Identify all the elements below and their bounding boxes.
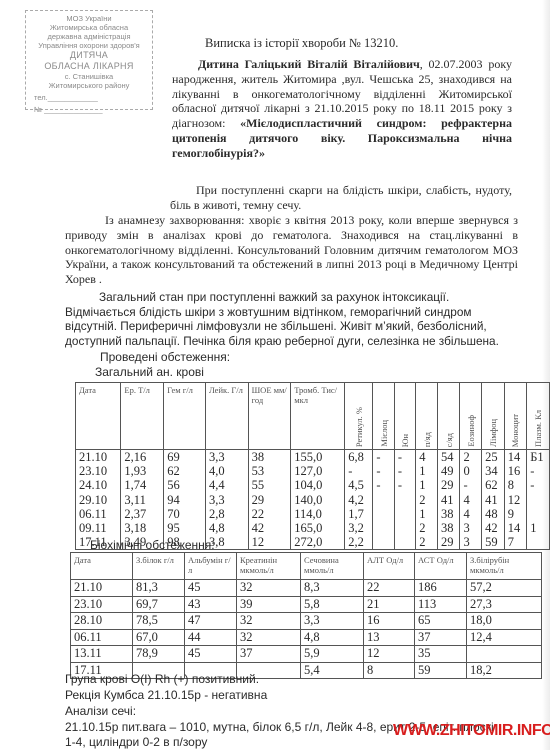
blood-group: Група крові O(I) Rh (+) позитивний. xyxy=(65,672,259,688)
table-cell: 2,37 xyxy=(121,507,164,521)
table-cell: 16 xyxy=(364,613,415,630)
table-row: 09.113,18954,842165,03,2238342141 xyxy=(76,521,550,535)
table-row: 29.103,11943,329140,04,224144112 xyxy=(76,493,550,507)
exams-label: Проведені обстеження: xyxy=(100,350,230,364)
table-row: 06.1167,044324,8133712,4 xyxy=(71,629,542,646)
table-cell: 34 xyxy=(482,464,505,478)
table-cell: 8 xyxy=(364,662,415,679)
table-cell: 56 xyxy=(164,478,206,492)
table-cell: 14 xyxy=(504,450,527,465)
table-cell: 65 xyxy=(415,613,467,630)
biochem-col-header: АСТ Од/л xyxy=(415,553,467,580)
biochem-col-header: З.білок г/л xyxy=(133,553,185,580)
table-cell: 1 xyxy=(527,521,550,535)
table-cell: 38 xyxy=(437,521,460,535)
table-cell: 55 xyxy=(248,478,291,492)
table-cell: 2,8 xyxy=(205,507,248,521)
table-cell: - xyxy=(373,464,394,478)
anamnesis-text: Із анамнезу захворювання: хворіє з квітн… xyxy=(65,213,518,286)
table-cell: 69 xyxy=(164,450,206,465)
table-cell: 1,7 xyxy=(345,507,373,521)
table-cell: 1 xyxy=(416,464,438,478)
table-cell: 67,0 xyxy=(133,629,185,646)
table-cell xyxy=(394,521,415,535)
blood-col-header: Лейк. Г/л xyxy=(205,383,248,450)
table-cell: 62 xyxy=(482,478,505,492)
table-cell: 140,0 xyxy=(291,493,345,507)
table-row: 21.1081,345328,32218657,2 xyxy=(71,580,542,597)
table-cell: 39 xyxy=(237,596,301,613)
table-cell: 4,4 xyxy=(205,478,248,492)
table-cell xyxy=(394,493,415,507)
table-cell: 21 xyxy=(364,596,415,613)
site-watermark: WWW.ZHITOMIR.INFO xyxy=(393,722,550,740)
table-cell: 53 xyxy=(248,464,291,478)
table-cell xyxy=(527,493,550,507)
table-cell: 47 xyxy=(185,613,237,630)
table-row: 28.1078,547323,3166518,0 xyxy=(71,613,542,630)
patient-intro: Дитина Галіцький Віталій Віталійович, 02… xyxy=(172,57,512,161)
table-cell: 7 xyxy=(504,535,527,550)
table-cell xyxy=(527,507,550,521)
table-cell: 3 xyxy=(460,535,482,550)
blood-col-header: Юн xyxy=(394,383,415,450)
table-cell: 2 xyxy=(460,450,482,465)
table-cell: 4,8 xyxy=(205,521,248,535)
table-cell: 8 xyxy=(504,478,527,492)
table-cell: - xyxy=(460,478,482,492)
table-cell: 06.11 xyxy=(71,629,133,646)
table-cell: 48 xyxy=(482,507,505,521)
table-cell: 24.10 xyxy=(76,478,121,492)
table-cell: 21.10 xyxy=(76,450,121,465)
biochem-col-header: Сечовина ммоль/л xyxy=(301,553,364,580)
table-row: 21.102,16693,338155,06,8--45422514Б1 xyxy=(76,450,550,465)
table-row: 24.101,74564,455104,04,5--129-628- xyxy=(76,478,550,492)
stamp-name: ДИТЯЧА xyxy=(26,50,152,61)
table-cell: 38 xyxy=(437,507,460,521)
table-cell: 12 xyxy=(364,646,415,663)
table-cell: 43 xyxy=(185,596,237,613)
stamp-line: МОЗ України xyxy=(26,14,152,23)
stamp-name: ОБЛАСНА ЛІКАРНЯ xyxy=(26,61,152,72)
table-cell: 42 xyxy=(482,521,505,535)
table-cell: 2,2 xyxy=(345,535,373,550)
patient-name: Дитина Галіцький Віталій Віталійович xyxy=(198,57,420,71)
table-cell: 12,4 xyxy=(467,629,542,646)
table-cell: 57,2 xyxy=(467,580,542,597)
stamp-num-line: № ______________ xyxy=(26,105,152,114)
blood-col-header: Плазм. Кл xyxy=(527,383,550,450)
table-cell: 70 xyxy=(164,507,206,521)
table-cell: 4 xyxy=(460,493,482,507)
stamp-location: Житомирського району xyxy=(26,81,152,90)
table-cell: 9 xyxy=(504,507,527,521)
blood-col-header: с/яд xyxy=(437,383,460,450)
blood-col-header: Тромб. Тис/мкл xyxy=(291,383,345,450)
biochem-col-header: АЛТ Од/л xyxy=(364,553,415,580)
table-cell: 81,3 xyxy=(133,580,185,597)
table-cell: 38 xyxy=(248,450,291,465)
blood-col-header: Ер. Т/л xyxy=(121,383,164,450)
condition-text: Загальний стан при поступленні важкий за… xyxy=(65,290,499,348)
table-row: 23.101,93624,053127,0---14903416- xyxy=(76,464,550,478)
table-cell: 1,93 xyxy=(121,464,164,478)
table-cell: 94 xyxy=(164,493,206,507)
table-cell: 3,3 xyxy=(301,613,364,630)
table-cell: 4,0 xyxy=(205,464,248,478)
blood-test-table: ДатаЕр. Т/лГем г/лЛейк. Г/лШОЕ мм/ годТр… xyxy=(75,382,550,550)
table-cell: 62 xyxy=(164,464,206,478)
table-cell: - xyxy=(373,450,394,465)
table-cell: 37 xyxy=(415,629,467,646)
table-row: 06.112,37702,822114,01,71384489 xyxy=(76,507,550,521)
table-cell: 09.11 xyxy=(76,521,121,535)
table-cell: 5,4 xyxy=(301,662,364,679)
table-cell: 3,18 xyxy=(121,521,164,535)
table-cell: 25 xyxy=(482,450,505,465)
table-cell: Б1 xyxy=(527,450,550,465)
table-cell: 1,74 xyxy=(121,478,164,492)
table-cell: 29 xyxy=(437,535,460,550)
table-cell: 12 xyxy=(248,535,291,550)
biochem-col-header: Креатинін мкмоль/л xyxy=(237,553,301,580)
table-cell: 41 xyxy=(482,493,505,507)
blood-col-header: Еозиноф xyxy=(460,383,482,450)
table-cell: 78,5 xyxy=(133,613,185,630)
stamp-line: Житомирська обласна xyxy=(26,23,152,32)
page-edge-shadow xyxy=(542,0,550,750)
table-cell: 1 xyxy=(416,507,438,521)
table-cell: 1 xyxy=(416,478,438,492)
table-cell: 29 xyxy=(248,493,291,507)
blood-col-header: Мієлоц xyxy=(373,383,394,450)
blood-col-header: п/яд xyxy=(416,383,438,450)
table-cell: 3,3 xyxy=(205,450,248,465)
table-cell xyxy=(467,646,542,663)
coombs-test: Рекція Кумбса 21.10.15р - негативна xyxy=(65,688,267,704)
table-cell: 29.10 xyxy=(76,493,121,507)
blood-col-header: Ретикул. % xyxy=(345,383,373,450)
table-cell: 3,2 xyxy=(345,521,373,535)
stamp-line: державна адміністрація xyxy=(26,32,152,41)
table-cell: 13 xyxy=(364,629,415,646)
table-cell: 06.11 xyxy=(76,507,121,521)
table-cell: 78,9 xyxy=(133,646,185,663)
table-cell: 18,0 xyxy=(467,613,542,630)
anamnesis: Із анамнезу захворювання: хворіє з квітн… xyxy=(65,213,518,287)
blood-col-header: Дата xyxy=(76,383,121,450)
table-cell: 165,0 xyxy=(291,521,345,535)
stamp-sig-line: тел.____________ xyxy=(26,93,152,102)
table-cell: 37 xyxy=(237,646,301,663)
table-cell: 4 xyxy=(460,507,482,521)
table-cell: 13.11 xyxy=(71,646,133,663)
biochem-col-header: З.білірубін мкмоль/л xyxy=(467,553,542,580)
table-cell: 22 xyxy=(248,507,291,521)
table-cell: 104,0 xyxy=(291,478,345,492)
table-cell: 45 xyxy=(185,580,237,597)
table-cell: 6,8 xyxy=(345,450,373,465)
table-cell: 3,3 xyxy=(205,493,248,507)
table-cell: 14 xyxy=(504,521,527,535)
table-cell: 42 xyxy=(248,521,291,535)
table-cell: 4,8 xyxy=(301,629,364,646)
table-cell: 23.10 xyxy=(76,464,121,478)
table-cell: 5,8 xyxy=(301,596,364,613)
table-cell: 12 xyxy=(504,493,527,507)
biochem-table: ДатаЗ.білок г/лАльбумін г/лКреатинін мкм… xyxy=(70,552,542,679)
table-cell: - xyxy=(394,478,415,492)
table-cell xyxy=(527,535,550,550)
table-cell: - xyxy=(394,450,415,465)
table-cell: 59 xyxy=(415,662,467,679)
table-cell: 27,3 xyxy=(467,596,542,613)
table-cell: 54 xyxy=(437,450,460,465)
table-cell: 4 xyxy=(416,450,438,465)
table-cell xyxy=(394,535,415,550)
table-cell: 45 xyxy=(185,646,237,663)
blood-col-header: ШОЕ мм/ год xyxy=(248,383,291,450)
table-cell: 32 xyxy=(237,580,301,597)
table-cell: 3,11 xyxy=(121,493,164,507)
table-cell: - xyxy=(527,478,550,492)
table-cell: 32 xyxy=(237,629,301,646)
table-cell: 35 xyxy=(415,646,467,663)
table-cell: 2 xyxy=(416,535,438,550)
biochem-col-header: Дата xyxy=(71,553,133,580)
table-cell: 49 xyxy=(437,464,460,478)
table-cell: 155,0 xyxy=(291,450,345,465)
table-cell: 23.10 xyxy=(71,596,133,613)
table-cell xyxy=(373,535,394,550)
urine-label: Аналізи сечі: xyxy=(65,704,136,720)
urine-line-2: 1-4, циліндри 0-2 в п/зору xyxy=(65,735,207,750)
table-cell: 2 xyxy=(416,493,438,507)
blood-col-header: Гем г/л xyxy=(164,383,206,450)
blood-col-header: Лімфоц xyxy=(482,383,505,450)
biochem-label: Біохімічні обстеження: xyxy=(90,538,215,552)
table-cell: 41 xyxy=(437,493,460,507)
table-cell: 2 xyxy=(416,521,438,535)
table-cell: 186 xyxy=(415,580,467,597)
table-cell: 3 xyxy=(460,521,482,535)
table-cell: 5,9 xyxy=(301,646,364,663)
table-cell: 113 xyxy=(415,596,467,613)
complaints: При поступленні скарги на блідість шкіри… xyxy=(170,183,512,213)
hospital-stamp: МОЗ України Житомирська обласна державна… xyxy=(25,10,153,110)
stamp-line: Управління охорони здоров'я xyxy=(26,41,152,50)
table-cell: 69,7 xyxy=(133,596,185,613)
table-cell: 127,0 xyxy=(291,464,345,478)
table-cell: 32 xyxy=(237,613,301,630)
table-cell: 272,0 xyxy=(291,535,345,550)
table-cell: 114,0 xyxy=(291,507,345,521)
table-cell xyxy=(394,507,415,521)
table-cell: - xyxy=(345,464,373,478)
table-cell: 4,5 xyxy=(345,478,373,492)
table-cell: 29 xyxy=(437,478,460,492)
stamp-location: с. Станишівка xyxy=(26,72,152,81)
table-cell: 16 xyxy=(504,464,527,478)
table-cell: 21.10 xyxy=(71,580,133,597)
table-row: 23.1069,743395,82111327,3 xyxy=(71,596,542,613)
document-title: Виписка із історії хвороби № 13210. xyxy=(205,36,398,51)
blood-test-label: Загальний ан. крові xyxy=(95,365,204,379)
table-cell: 22 xyxy=(364,580,415,597)
table-cell xyxy=(373,493,394,507)
biochem-col-header: Альбумін г/л xyxy=(185,553,237,580)
table-cell xyxy=(373,507,394,521)
table-cell: 4,2 xyxy=(345,493,373,507)
table-cell: 28.10 xyxy=(71,613,133,630)
table-cell: - xyxy=(373,478,394,492)
table-cell: 0 xyxy=(460,464,482,478)
table-cell: - xyxy=(394,464,415,478)
table-row: 13.1178,945375,91235 xyxy=(71,646,542,663)
complaints-text: При поступленні скарги на блідість шкіри… xyxy=(170,183,512,212)
table-cell: 2,16 xyxy=(121,450,164,465)
table-cell: 59 xyxy=(482,535,505,550)
table-cell: - xyxy=(527,464,550,478)
table-cell xyxy=(373,521,394,535)
table-cell: 8,3 xyxy=(301,580,364,597)
table-cell: 44 xyxy=(185,629,237,646)
blood-col-header: Моноцит xyxy=(504,383,527,450)
general-condition: Загальний стан при поступленні важкий за… xyxy=(65,290,515,348)
table-cell: 95 xyxy=(164,521,206,535)
table-cell: 18,2 xyxy=(467,662,542,679)
